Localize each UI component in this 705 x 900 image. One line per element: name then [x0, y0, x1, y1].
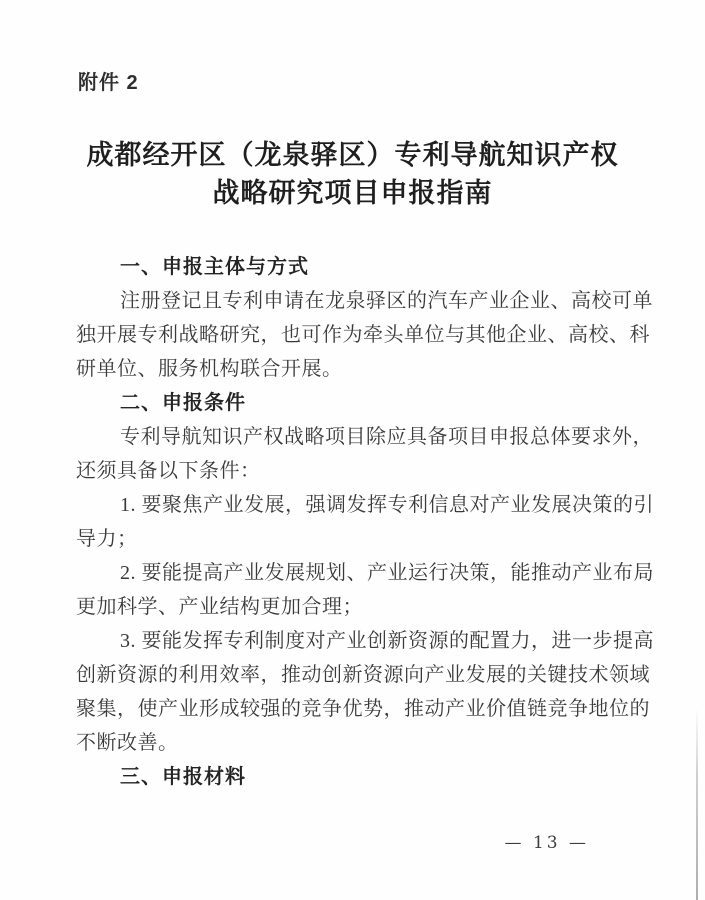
list-item-3-line: 3. 要能发挥专利制度对产业创新资源的配置力，进一步提高: [76, 624, 636, 658]
list-item-3-line: 聚集，使产业形成较强的竞争优势，推动产业价值链竞争地位的: [76, 692, 636, 726]
paragraph-line: 专利导航知识产权战略项目除应具备项目申报总体要求外，: [76, 420, 636, 454]
page-number: — 13 —: [505, 833, 589, 853]
document-title: 成都经开区（龙泉驿区）专利导航知识产权战略研究项目申报指南: [0, 136, 705, 212]
paragraph-line: 还须具备以下条件：: [76, 454, 636, 488]
document-title-line2: 战略研究项目申报指南: [213, 178, 493, 208]
section-heading-3: 三、申报材料: [76, 760, 636, 794]
paragraph-line: 研单位、服务机构联合开展。: [76, 352, 636, 386]
list-item-1-line: 1. 要聚焦产业发展，强调发挥专利信息对产业发展决策的引: [76, 488, 636, 522]
document-page: 附件 2 成都经开区（龙泉驿区）专利导航知识产权战略研究项目申报指南 一、申报主…: [0, 0, 705, 900]
document-title-line1: 成都经开区（龙泉驿区）专利导航知识产权: [87, 140, 619, 170]
document-body: 一、申报主体与方式 注册登记且专利申请在龙泉驿区的汽车产业企业、高校可单 独开展…: [76, 250, 636, 794]
section-heading-1: 一、申报主体与方式: [76, 250, 636, 284]
list-item-1-line: 导力；: [76, 522, 636, 556]
list-item-3-line: 创新资源的利用效率，推动创新资源向产业发展的关键技术领域: [76, 658, 636, 692]
attachment-label: 附件 2: [78, 66, 139, 95]
list-item-2-line: 更加科学、产业结构更加合理；: [76, 590, 636, 624]
paragraph-line: 注册登记且专利申请在龙泉驿区的汽车产业企业、高校可单: [76, 284, 636, 318]
list-item-2-line: 2. 要能提高产业发展规划、产业运行决策，能推动产业布局: [76, 556, 636, 590]
list-item-3-line: 不断改善。: [76, 726, 636, 760]
paragraph-line: 独开展专利战略研究，也可作为牵头单位与其他企业、高校、科: [76, 318, 636, 352]
section-heading-2: 二、申报条件: [76, 386, 636, 420]
scan-edge-artifact: [696, 708, 698, 900]
